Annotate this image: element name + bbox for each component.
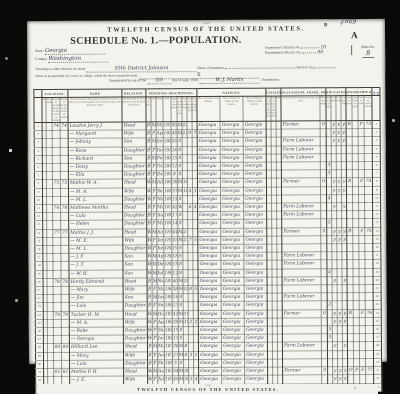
census-cell-fs — [366, 334, 374, 342]
ward-blank — [315, 67, 337, 68]
census-cell-color: W — [147, 327, 152, 335]
census-cell-fam: 81 — [62, 368, 70, 376]
census-cell-rln: 11 — [373, 202, 381, 210]
census-cell-occ — [282, 186, 321, 194]
census-cell-rln: 17 — [373, 252, 381, 260]
census-cell-by: 1884 — [164, 196, 172, 204]
handwritten-year: 1869 — [341, 17, 357, 25]
census-cell-color: W — [146, 179, 151, 187]
census-cell-color: W — [146, 187, 151, 195]
census-cell-fam — [60, 155, 68, 163]
census-cell-pm: Georgia — [243, 170, 266, 178]
census-cell-bm: May — [157, 204, 164, 212]
census-cell-dw — [53, 254, 61, 262]
census-cell-occ: Farm Laborer — [282, 277, 321, 285]
census-cell-pf: Georgia — [221, 285, 244, 293]
next-page-sliver: 1-100 TWELFTH CENSUS OF THE UNITED STATE… — [38, 384, 378, 394]
census-cell-mar: M — [178, 236, 183, 244]
census-cell-fs — [365, 268, 373, 276]
census-cell-rel: Wife — [123, 352, 147, 360]
census-cell-pf: Georgia — [221, 277, 244, 285]
census-cell-rln: 23 — [373, 301, 381, 309]
enumeration-district-value: 98 — [317, 50, 323, 55]
census-cell-rel: Head — [122, 179, 146, 187]
census-cell-bm: Jul — [156, 179, 163, 187]
census-cell-ln: 28 — [35, 344, 43, 352]
census-cell-age: 30 — [172, 343, 178, 351]
census-cell-rln: 16 — [373, 243, 381, 251]
census-cell-pob: Georgia — [198, 203, 221, 211]
census-cell-color: W — [148, 368, 153, 376]
census-cell-by: 1859 — [164, 278, 172, 286]
enumerator-suffix: , Enumerator. — [260, 78, 279, 82]
census-cell-bm: Oct — [157, 310, 164, 318]
census-cell-occ: Farm Laborer — [282, 203, 321, 211]
census-cell-fam — [60, 147, 68, 155]
census-cell-age: 48 — [171, 130, 177, 138]
census-cell-dw — [52, 131, 60, 139]
census-cell-ln: 22 — [35, 295, 43, 303]
census-cell-mar: M — [178, 343, 183, 351]
census-cell-fam: 77 — [61, 229, 69, 237]
column-group-header — [34, 90, 42, 98]
census-cell-occ: Farm Laborer — [281, 137, 320, 145]
census-cell-rln: 28 — [374, 342, 382, 350]
census-cell-ln: 3 — [34, 139, 42, 147]
census-cell-sex: M — [151, 138, 156, 146]
census-cell-fs — [365, 211, 373, 219]
census-cell-color: W — [147, 335, 152, 343]
census-cell-fam — [61, 319, 69, 327]
census-cell-rel: Son — [122, 155, 146, 163]
census-cell-dw: 80 — [53, 344, 61, 352]
column-subheader: Year — [163, 97, 171, 122]
census-cell-fam — [60, 163, 68, 171]
census-cell-rel: Son — [122, 138, 146, 146]
census-cell-color: W — [147, 237, 152, 245]
census-cell-pm: Georgia — [243, 121, 266, 129]
census-cell-occ: Farm Laborer — [282, 252, 321, 260]
census-cell-rel: Daughter — [124, 360, 148, 368]
enumeration-district-label: Enumeration District No. — [265, 51, 301, 55]
enumeration-district-line: Enumeration District No. 98 — [265, 50, 349, 56]
census-cell-pob: Georgia — [197, 138, 220, 146]
census-cell-pob: Georgia — [198, 187, 221, 195]
census-cell-mar: M — [178, 351, 183, 359]
census-cell-rln: 12 — [373, 211, 381, 219]
census-cell-fam — [61, 262, 69, 270]
census-cell-pf: Georgia — [220, 121, 243, 129]
next-page-stamp: 7 — [354, 386, 356, 391]
census-cell-mar: M — [177, 130, 182, 138]
institution-blank — [226, 67, 296, 68]
census-table-body: 17474Loudon Jerry J.HeadBMMar185050M22Ge… — [34, 120, 382, 393]
census-cell-by: 1857 — [164, 237, 172, 245]
census-cell-rel: Daughter — [123, 335, 147, 343]
census-table: LOCATION.NAMERELATION.PERSONAL DESCRIPTI… — [33, 87, 382, 394]
census-cell-pob: Georgia — [197, 162, 220, 170]
census-cell-ym: 30 — [184, 376, 189, 384]
census-cell-occ — [282, 326, 321, 334]
census-cell-fs — [365, 252, 373, 260]
census-cell-pob: Georgia — [198, 277, 221, 285]
census-cell-dw — [53, 262, 61, 270]
census-cell-color: W — [147, 228, 152, 236]
census-cell-pm: Georgia — [244, 228, 267, 236]
census-cell-rel: Daughter — [123, 327, 147, 335]
census-cell-age: 13 — [172, 302, 178, 310]
census-cell-sex: M — [152, 294, 157, 302]
census-cell-fam — [61, 286, 69, 294]
subheader-row: Street.House number.Number of dwelling h… — [34, 95, 380, 122]
census-cell-occ: Farm Laborer — [281, 154, 320, 162]
census-cell-pob: Georgia — [198, 244, 221, 252]
enumerator-name: W. J. Martin — [199, 78, 259, 84]
census-cell-age: 14 — [172, 220, 178, 228]
census-cell-pob: Georgia — [197, 154, 220, 162]
census-cell-pob: Georgia — [198, 326, 221, 334]
census-cell-dw — [53, 286, 61, 294]
census-cell-pm: Georgia — [243, 154, 266, 162]
census-cell-pm: Georgia — [244, 179, 267, 187]
census-cell-rln: 2 — [372, 129, 380, 137]
census-cell-rln: 21 — [373, 284, 381, 292]
census-cell-fam — [61, 245, 69, 253]
census-cell-rel: Head — [123, 204, 147, 212]
census-cell-occ — [282, 285, 321, 293]
census-cell-pob: Georgia — [198, 261, 221, 269]
census-cell-by: 1845 — [165, 368, 173, 376]
census-cell-occ: Farm Laborer — [282, 260, 321, 268]
column-subheader: Place of birth of this Person. — [197, 96, 220, 121]
census-cell-ym: 18 — [183, 277, 188, 285]
census-cell-dw — [53, 270, 61, 278]
census-cell-age: 44 — [172, 228, 178, 236]
census-cell-fam — [60, 131, 68, 139]
census-cell-color: W — [147, 253, 152, 261]
census-cell-fs — [365, 194, 373, 202]
census-cell-occ: Farm Laborer — [282, 293, 321, 301]
census-cell-dw — [53, 319, 61, 327]
census-cell-fs — [365, 186, 373, 194]
column-subheader: Relationship of each person to the head … — [122, 97, 146, 122]
census-cell-rel: Head — [124, 368, 148, 376]
census-cell-dw — [52, 147, 60, 155]
census-cell-bm: Sep — [156, 187, 163, 195]
census-cell-fs — [365, 276, 373, 284]
census-cell-pf: Georgia — [222, 367, 245, 375]
census-cell-age: 15 — [171, 154, 177, 162]
census-cell-occ — [283, 334, 322, 342]
census-cell-rln: 1 — [372, 120, 380, 128]
census-cell-bm: Sep — [157, 327, 164, 335]
census-cell-ln: 26 — [35, 328, 43, 336]
census-cell-fs — [365, 244, 373, 252]
census-cell-mar: M — [179, 368, 184, 376]
census-cell-rel: Head — [123, 278, 147, 286]
census-cell-pf: Georgia — [221, 220, 244, 228]
census-cell-ln: 14 — [35, 229, 43, 237]
census-cell-ln: 2 — [34, 131, 42, 139]
census-cell-rel: Daughter — [123, 196, 147, 204]
census-cell-bm: May — [157, 343, 164, 351]
census-cell-ln: 16 — [35, 246, 43, 254]
census-cell-rel: Daughter — [122, 171, 146, 179]
census-cell-by: 1884 — [164, 327, 172, 335]
census-cell-age: 12 — [172, 269, 178, 277]
census-cell-by: 1887 — [164, 335, 172, 343]
census-cell-pob: Georgia — [197, 130, 220, 138]
census-cell-fs — [366, 375, 374, 383]
census-cell-by: 1885 — [163, 155, 171, 163]
census-cell-pm: Georgia — [244, 252, 267, 260]
census-cell-dw — [53, 295, 61, 303]
column-subheader: Number of family, in the order of visita… — [60, 97, 68, 122]
census-cell-ln: 24 — [35, 311, 43, 319]
census-cell-by: 1870 — [164, 343, 172, 351]
census-cell-color: W — [147, 196, 152, 204]
census-cell-dw — [52, 188, 60, 196]
county-line: County: Washington — [35, 56, 108, 63]
census-cell-age: 27 — [172, 351, 178, 359]
census-cell-mar: M — [178, 228, 183, 236]
census-title: TWELFTH CENSUS OF THE UNITED STATES. — [27, 25, 385, 34]
census-cell-ln: 5 — [34, 155, 42, 163]
census-cell-fs — [364, 145, 372, 153]
census-cell-pf: Georgia — [221, 179, 244, 187]
census-cell-rel: Head — [122, 122, 146, 130]
census-cell-rln: 10 — [373, 194, 381, 202]
census-cell-bm: Jun — [157, 245, 164, 253]
census-cell-rel: Wife — [123, 237, 147, 245]
census-cell-rel: Wife — [122, 130, 146, 138]
census-cell-rln: 26 — [374, 326, 382, 334]
census-cell-mar: M — [177, 122, 182, 130]
census-cell-ln: 8 — [34, 180, 42, 188]
district-numbers-block: Supervisor's District No. 10 Enumeration… — [265, 45, 352, 56]
census-cell-occ — [282, 268, 321, 276]
census-cell-bm: Jan — [157, 335, 164, 343]
census-cell-fam — [62, 360, 70, 368]
census-cell-rel: Wife — [123, 286, 147, 294]
census-cell-bm: Aug — [157, 212, 164, 220]
census-cell-fam: 80 — [61, 344, 69, 352]
census-cell-bm: Jan — [156, 138, 163, 146]
census-cell-sex: M — [151, 122, 156, 130]
census-cell-fam — [60, 139, 68, 147]
census-cell-color: W — [147, 311, 152, 319]
census-cell-occ — [282, 195, 321, 203]
census-cell-rln: 7 — [373, 170, 381, 178]
census-cell-sex: M — [152, 278, 157, 286]
census-cell-pm: Georgia — [243, 138, 266, 146]
census-cell-age: 15 — [172, 196, 178, 204]
census-cell-occ — [282, 318, 321, 326]
census-cell-pm: Georgia — [243, 129, 266, 137]
census-cell-by: 1850 — [163, 122, 171, 130]
census-cell-dw — [53, 336, 61, 344]
census-cell-sex: M — [152, 343, 157, 351]
census-cell-by: 1880 — [163, 138, 171, 146]
census-cell-pf: Georgia — [222, 359, 245, 367]
census-cell-bm: Jun — [156, 146, 163, 154]
column-subheader: of each person whose place of abode on J… — [68, 97, 122, 122]
township-label: Township or other division of county — [35, 67, 85, 71]
census-cell-ym: 22 — [182, 122, 187, 130]
census-cell-ym: 16 — [182, 179, 187, 187]
census-cell-pf: Georgia — [221, 326, 244, 334]
census-cell-fs — [364, 162, 372, 170]
census-cell-fs — [365, 235, 373, 243]
county-value: Washington — [48, 56, 108, 63]
scanned-census-image: 1-100 TWELFTH CENSUS OF THE UNITED STATE… — [0, 0, 400, 394]
census-cell-bm: Jul — [157, 269, 164, 277]
census-cell-ln: 19 — [35, 270, 43, 278]
census-cell-age: 41 — [172, 310, 178, 318]
census-cell-pm: Georgia — [244, 236, 267, 244]
census-cell-ln: 18 — [35, 262, 43, 270]
census-cell-fam — [61, 237, 69, 245]
census-cell-fs — [365, 326, 373, 334]
census-cell-age: 39 — [171, 179, 177, 187]
census-cell-ym: 19 — [183, 318, 188, 326]
census-cell-dw — [52, 139, 60, 147]
census-cell-by: 1882 — [164, 212, 172, 220]
census-cell-rln: 18 — [373, 260, 381, 268]
census-cell-occ — [283, 359, 322, 367]
census-cell-dw — [53, 221, 61, 229]
census-cell-pm: Georgia — [244, 244, 267, 252]
census-cell-fs — [366, 358, 374, 366]
census-cell-pf: Georgia — [220, 154, 243, 162]
census-cell-dw — [52, 155, 60, 163]
census-cell-dw: 74 — [52, 122, 60, 130]
census-cell-occ: Farmer — [282, 309, 321, 317]
census-cell-ln: 29 — [35, 352, 43, 360]
census-cell-pm: Georgia — [245, 343, 268, 351]
census-cell-fam — [61, 213, 69, 221]
census-cell-rel: Daughter — [122, 163, 146, 171]
census-cell-pf: Georgia — [222, 351, 245, 359]
census-cell-bm: Apr — [157, 319, 164, 327]
census-cell-fam — [61, 221, 69, 229]
census-cell-rel: Daughter — [122, 146, 146, 154]
census-cell-bm: Jun — [157, 294, 164, 302]
census-cell-pob: Georgia — [198, 285, 221, 293]
census-cell-dw: 78 — [53, 278, 61, 286]
sheet-number-block: Sheet No. 8 — [354, 45, 382, 58]
census-cell-age: 16 — [172, 294, 178, 302]
census-cell-fam — [61, 303, 69, 311]
census-cell-age: 49 — [173, 376, 179, 384]
census-cell-pm: Georgia — [244, 302, 267, 310]
column-subheader: Number of farm schedule. — [364, 95, 372, 120]
column-subheader: Place of birth of Father of this person. — [220, 96, 243, 121]
dotted-line — [302, 47, 320, 48]
census-cell-bm: Mar — [157, 220, 164, 228]
census-cell-ln: 30 — [36, 360, 44, 368]
next-page-title: TWELFTH CENSUS OF THE UNITED STATES. — [38, 387, 378, 392]
state-value: Georgia — [45, 48, 105, 55]
census-cell-ln: 6 — [34, 164, 42, 172]
census-cell-occ: Farm Laborer — [281, 145, 320, 153]
census-cell-bm: Dec — [157, 261, 164, 269]
census-cell-pob: Georgia — [198, 236, 221, 244]
census-cell-occ — [282, 236, 321, 244]
census-cell-rln: 25 — [373, 317, 381, 325]
census-cell-ym: 21 — [183, 236, 188, 244]
census-cell-dw — [53, 327, 61, 335]
census-cell-dw — [52, 163, 60, 171]
census-cell-rln: 27 — [374, 334, 382, 342]
census-cell-dw — [53, 213, 61, 221]
census-cell-by: 1886 — [164, 220, 172, 228]
census-cell-rln: 9 — [373, 186, 381, 194]
column-group-header: RELATION. — [122, 89, 146, 97]
census-cell-color: W — [147, 269, 152, 277]
census-cell-fs — [365, 317, 373, 325]
enumerated-line: Enumerated by me on the 5th day of June,… — [109, 78, 280, 85]
census-cell-occ — [283, 350, 322, 358]
census-cell-rel: Wife — [122, 187, 146, 195]
census-cell-pob: Georgia — [199, 343, 222, 351]
column-subheader: of each person ten years of age and over… — [281, 96, 320, 121]
census-cell-color: W — [147, 319, 152, 327]
census-cell-occ — [282, 301, 321, 309]
census-cell-pob: Georgia — [198, 318, 221, 326]
census-cell-rel: Daughter — [123, 302, 147, 310]
census-cell-dw: 81 — [54, 368, 62, 376]
census-cell-pob: Georgia — [198, 195, 221, 203]
census-cell-bm: Mar — [157, 286, 164, 294]
ward-label: Ward of city, — [296, 65, 314, 69]
census-cell-pf: Georgia — [221, 244, 244, 252]
column-group-header: OWNERSHIP OF HOME. — [346, 87, 372, 95]
enumerated-prefix: Enumerated by me on the — [109, 78, 146, 82]
census-cell-by: 1887 — [164, 269, 172, 277]
census-cell-pm: Georgia — [244, 277, 267, 285]
census-cell-age: 40 — [172, 278, 178, 286]
census-cell-by: 1891 — [163, 171, 171, 179]
census-cell-bm: Mar — [156, 122, 163, 130]
census-cell-fam — [61, 352, 69, 360]
census-cell-dw: 76 — [53, 204, 61, 212]
census-cell-by: 1882 — [164, 253, 172, 261]
schedule-title: SCHEDULE No. 1.—POPULATION. — [27, 35, 285, 48]
census-cell-age: 43 — [172, 237, 178, 245]
census-cell-rel: Son — [123, 270, 147, 278]
census-cell-ym: 16 — [182, 187, 187, 195]
state-line: State: Georgia — [35, 48, 105, 55]
census-cell-age: 54 — [173, 368, 179, 376]
census-cell-pf: Georgia — [221, 228, 244, 236]
column-group-header: CITIZENSHIP. — [266, 88, 281, 96]
census-cell-fam — [61, 270, 69, 278]
census-cell-color: W — [147, 261, 152, 269]
census-cell-pob: Georgia — [198, 310, 221, 318]
institution-label: Name of Institution, — [197, 66, 224, 70]
census-cell-age: 13 — [172, 335, 178, 343]
census-cell-dw — [53, 196, 61, 204]
census-cell-rln: 31 — [374, 367, 382, 375]
census-cell-age: 37 — [171, 187, 177, 195]
census-cell-pf: Georgia — [221, 187, 244, 195]
incorporated-label: Name of incorporated city, town, or vill… — [35, 73, 138, 78]
census-cell-pm: Georgia — [243, 146, 266, 154]
column-subheader: Place of birth of Mother of this person. — [243, 96, 266, 121]
census-table-head: LOCATION.NAMERELATION.PERSONAL DESCRIPTI… — [34, 87, 380, 122]
census-cell-ln: 23 — [35, 303, 43, 311]
